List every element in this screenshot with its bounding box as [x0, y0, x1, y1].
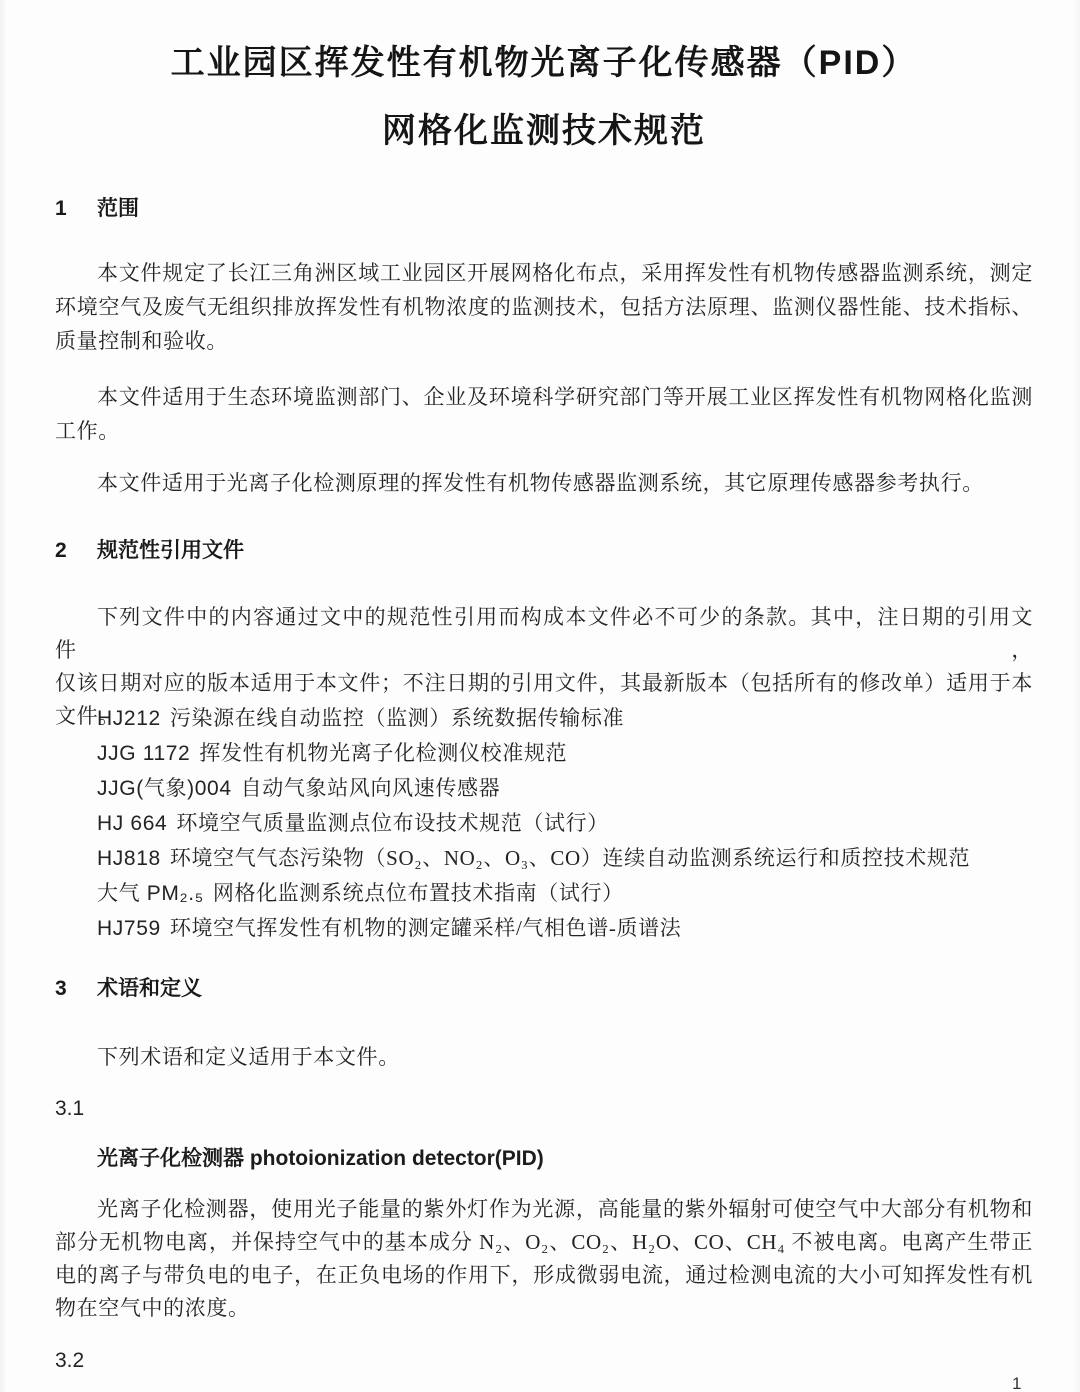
reference-name: 挥发性有机物光离子化检测仪校准规范 — [199, 741, 567, 765]
reference-item: HJ759环境空气挥发性有机物的测定罐采样/气相色谱-质谱法 — [97, 911, 1033, 946]
reference-code: HJ818 — [97, 847, 161, 870]
clause-3-2-number: 3.2 — [55, 1344, 84, 1377]
paragraph-line: 仅该日期对应的版本适用于本文件；不注日期的引用文件，其最新版本（包括所有的修改单… — [55, 667, 1033, 700]
definition-line: 物在空气中的浓度。 — [55, 1292, 1033, 1325]
reference-name: 污染源在线自动监控（监测）系统数据传输标准 — [170, 706, 624, 730]
section-3-intro: 下列术语和定义适用于本文件。 — [55, 1040, 1033, 1074]
paragraph-line: 质量控制和验收。 — [55, 324, 1033, 358]
reference-code: HJ759 — [97, 917, 161, 940]
section-3-number: 3 — [55, 972, 97, 1006]
section-2-title: 规范性引用文件 — [97, 539, 244, 562]
reference-item: 大气 PM₂.₅网格化监测系统点位布置技术指南（试行） — [97, 876, 1033, 911]
paragraph-line: 本文件适用于光离子化检测原理的挥发性有机物传感器监测系统，其它原理传感器参考执行… — [55, 466, 1033, 500]
reference-code: HJ212 — [97, 707, 161, 730]
reference-name: 网格化监测系统点位布置技术指南（试行） — [213, 881, 624, 905]
section-3-heading: 3术语和定义 — [55, 972, 1033, 1006]
section-1-paragraph-3: 本文件适用于光离子化检测原理的挥发性有机物传感器监测系统，其它原理传感器参考执行… — [55, 466, 1033, 500]
reference-item: JJG(气象)004自动气象站风向风速传感器 — [97, 771, 1033, 806]
section-2-number: 2 — [55, 534, 97, 568]
reference-code: JJG(气象)004 — [97, 777, 232, 800]
reference-code: 大气 PM₂.₅ — [97, 882, 204, 905]
document-page: 工业园区挥发性有机物光离子化传感器（PID） 网格化监测技术规范 1范围 本文件… — [0, 0, 1080, 1392]
reference-item: HJ818环境空气气态污染物（SO₂、NO₂、O₃、CO）连续自动监测系统运行和… — [97, 841, 1033, 876]
normative-reference-list: HJ212污染源在线自动监控（监测）系统数据传输标准 JJG 1172挥发性有机… — [97, 701, 1033, 946]
term-3-1-definition: 光离子化检测器，使用光子能量的紫外灯作为光源，高能量的紫外辐射可使空气中大部分有… — [55, 1193, 1033, 1325]
definition-line: 光离子化检测器，使用光子能量的紫外灯作为光源，高能量的紫外辐射可使空气中大部分有… — [55, 1193, 1033, 1226]
section-1-paragraph-2: 本文件适用于生态环境监测部门、企业及环境科学研究部门等开展工业区挥发性有机物网格… — [55, 380, 1033, 448]
paragraph-line: 下列文件中的内容通过文中的规范性引用而构成本文件必不可少的条款。其中，注日期的引… — [55, 601, 1033, 667]
section-1-heading: 1范围 — [55, 192, 1033, 226]
reference-name: 环境空气质量监测点位布设技术规范（试行） — [176, 811, 609, 835]
document-title-line-1: 工业园区挥发性有机物光离子化传感器（PID） — [55, 38, 1033, 88]
clause-3-1-number: 3.1 — [55, 1092, 84, 1125]
section-3-title: 术语和定义 — [97, 977, 202, 1000]
definition-line: 部分无机物电离，并保持空气中的基本成分 N₂、O₂、CO₂、H₂O、CO、CH₄… — [55, 1226, 1033, 1259]
reference-name: 自动气象站风向风速传感器 — [241, 776, 501, 800]
reference-name: 环境空气气态污染物（SO₂、NO₂、O₃、CO）连续自动监测系统运行和质控技术规… — [170, 846, 970, 870]
page-number: 1 — [1012, 1372, 1021, 1392]
section-1-title: 范围 — [97, 197, 139, 220]
section-1-number: 1 — [55, 192, 97, 226]
document-title-line-2: 网格化监测技术规范 — [55, 106, 1033, 156]
reference-item: JJG 1172挥发性有机物光离子化检测仪校准规范 — [97, 736, 1033, 771]
reference-item: HJ 664环境空气质量监测点位布设技术规范（试行） — [97, 806, 1033, 841]
section-1-paragraph-1: 本文件规定了长江三角洲区域工业园区开展网格化布点，采用挥发性有机物传感器监测系统… — [55, 256, 1033, 358]
paragraph-line: 下列术语和定义适用于本文件。 — [55, 1040, 1033, 1074]
section-2-heading: 2规范性引用文件 — [55, 534, 1033, 568]
paragraph-line: 工作。 — [55, 414, 1033, 448]
reference-code: JJG 1172 — [97, 742, 190, 765]
reference-code: HJ 664 — [97, 812, 167, 835]
reference-item: HJ212污染源在线自动监控（监测）系统数据传输标准 — [97, 701, 1033, 736]
reference-name: 环境空气挥发性有机物的测定罐采样/气相色谱-质谱法 — [170, 916, 682, 940]
paragraph-line: 本文件适用于生态环境监测部门、企业及环境科学研究部门等开展工业区挥发性有机物网格… — [55, 380, 1033, 414]
paragraph-line: 环境空气及废气无组织排放挥发性有机物浓度的监测技术，包括方法原理、监测仪器性能、… — [55, 290, 1033, 324]
term-heading-pid: 光离子化检测器 photoionization detector(PID) — [97, 1142, 544, 1175]
definition-line: 电的离子与带负电的电子，在正负电场的作用下，形成微弱电流，通过检测电流的大小可知… — [55, 1259, 1033, 1292]
paragraph-line: 本文件规定了长江三角洲区域工业园区开展网格化布点，采用挥发性有机物传感器监测系统… — [55, 256, 1033, 290]
